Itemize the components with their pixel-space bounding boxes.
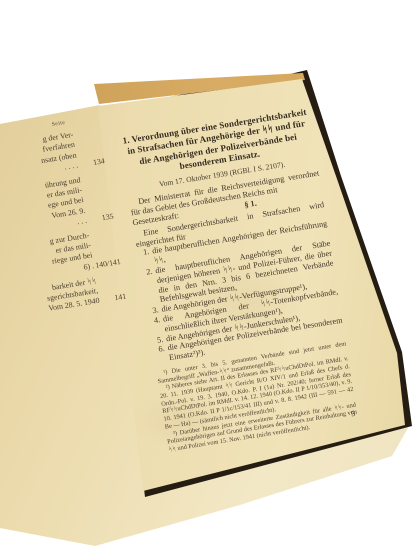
item-number: 4. <box>148 315 163 336</box>
item-number: 6. <box>152 344 167 365</box>
book-photo: Seite g der Ver- fverfahren nsatz (oben … <box>0 0 416 555</box>
item-number: 1. <box>137 247 152 268</box>
